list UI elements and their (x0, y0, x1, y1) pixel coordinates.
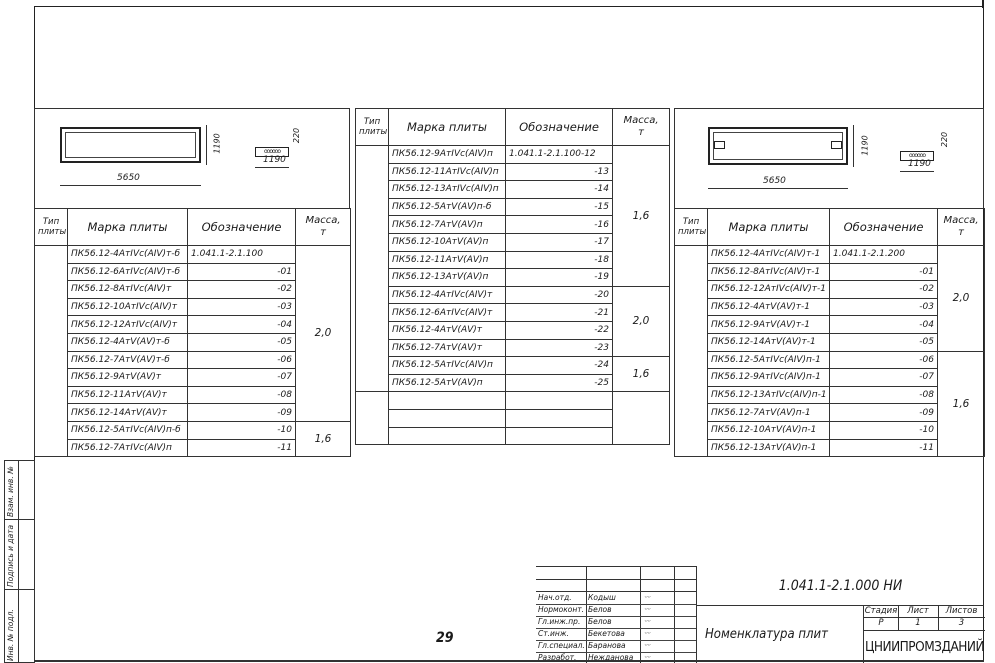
plate-mark (389, 392, 506, 410)
plate-mark (389, 409, 506, 427)
plate-designation: -11 (830, 439, 938, 457)
header-designation: Обозначение (188, 209, 296, 246)
plate-designation: -15 (506, 198, 613, 216)
plate-designation: -05 (188, 333, 296, 351)
plate-designation: -21 (506, 304, 613, 322)
plate-type-cell: Рядовая (35, 246, 68, 457)
plate-mark: ПК56.12-6АтIVс(АIV)т-б (68, 263, 188, 281)
plate-designation: 1.041.1-2.1.200 (830, 246, 938, 264)
plate-designation: -03 (830, 298, 938, 316)
sheets-label: Листов (938, 606, 985, 616)
plate-mark: ПК56.12-8АтIVс(АIV)т-1 (708, 263, 830, 281)
header-designation: Обозначение (830, 209, 938, 246)
organization: ЦНИИПРОМЗДАНИЙ (864, 630, 985, 663)
plate-designation: 1.041.1-2.1.100-12 (506, 146, 613, 164)
signature-role: Нач.отд. (538, 592, 586, 604)
stage-label: Стадия (864, 606, 898, 616)
plate-mark: ПК56.12-7АтV(АV)т (389, 339, 506, 357)
plate-mark: ПК56.12-4АтV(АV)т (389, 321, 506, 339)
plate-mass: 2,0 (613, 286, 670, 356)
signatures-grid: Нач.отд.Кодыш〰Нормоконт.Белов〰Гл.инж.пр.… (536, 566, 696, 663)
plate-type-cell-empty (356, 392, 389, 445)
plate-designation: -09 (830, 404, 938, 422)
document-code: 1.041.1-2.1.000 НИ (696, 566, 984, 606)
plate-designation: -19 (506, 269, 613, 287)
spec-table-left: Типплиты Марка плиты Обозначение Масса,т… (34, 208, 351, 457)
signature-name: Белов (588, 616, 638, 628)
header-mass: Масса,т (296, 209, 351, 246)
signature-name: Белов (588, 604, 638, 616)
plate-designation (506, 392, 613, 410)
plate-mark: ПК56.12-7АтV(АV)п (389, 216, 506, 234)
side-stamp: Инв. № подл. Подпись и дата Взам. инв. № (4, 460, 35, 663)
plate-mark: ПК56.12-12АтIVс(АIV)т (68, 316, 188, 334)
plate-mark: ПК56.12-9АтV(АV)т-1 (708, 316, 830, 334)
plate-designation: -22 (506, 321, 613, 339)
plate-mark: ПК56.12-11АтIVс(АIV)п (389, 163, 506, 181)
plate-designation: -20 (506, 286, 613, 304)
width-dimension: 1190 (213, 133, 222, 153)
table-row: ПК56.12-4АтIVс(АIV)т-202,0 (356, 286, 670, 304)
plate-designation: 1.041.1-2.1.100 (188, 246, 296, 264)
table-row: РядоваяПК56.12-9АтIVс(АIV)п1.041.1-2.1.1… (356, 146, 670, 164)
plate-designation: -17 (506, 233, 613, 251)
signature-role: Нормоконт. (538, 604, 586, 616)
plate-mass (613, 392, 670, 445)
plate-mark: ПК56.12-4АтIVс(АIV)т (389, 286, 506, 304)
page-number: 29 (436, 630, 454, 646)
plate-designation: -10 (188, 421, 296, 439)
plate-mark: ПК56.12-6АтIVс(АIV)т (389, 304, 506, 322)
plate-mark: ПК56.12-8АтIVс(АIV)т (68, 281, 188, 299)
signature-name: Кодыш (588, 592, 638, 604)
signature-mark-icon: 〰 (644, 628, 674, 640)
plate-mass: 1,6 (613, 357, 670, 392)
plate-mark: ПК56.12-14АтV(АV)т-1 (708, 333, 830, 351)
stamp-inv-number: Инв. № подл. (6, 609, 15, 661)
header-mass: Масса,т (938, 209, 985, 246)
plate-designation: -06 (830, 351, 938, 369)
plate-mark (389, 427, 506, 445)
plate-designation: -05 (830, 333, 938, 351)
plate-designation: -01 (830, 263, 938, 281)
plate-mark: ПК56.12-5АтIVс(АIV)п-б (68, 421, 188, 439)
table-row: ПК56.12-5АтIVс(АIV)п-б-101,6 (35, 421, 351, 439)
plate-designation (506, 409, 613, 427)
plate-designation: -11 (188, 439, 296, 457)
signature-mark-icon: 〰 (644, 640, 674, 652)
title-block: Нач.отд.Кодыш〰Нормоконт.Белов〰Гл.инж.пр.… (536, 566, 984, 663)
signature-role: Ст.инж. (538, 628, 586, 640)
plate-mark: ПК56.12-13АтIVс(АIV)п-1 (708, 386, 830, 404)
header-designation: Обозначение (506, 109, 613, 146)
signature-mark-icon: 〰 (644, 592, 674, 604)
plate-mark: ПК56.12-10АтV(АV)п-1 (708, 421, 830, 439)
plate-mark: ПК56.12-9АтIVс(АIV)п (389, 146, 506, 164)
signature-role: Гл.инж.пр. (538, 616, 586, 628)
header-mark: Марка плиты (708, 209, 830, 246)
plate-sketch-left: 5650 1190 oooooo 1190 220 (34, 108, 350, 208)
header-mark: Марка плиты (389, 109, 506, 146)
plate-mark: ПК56.12-13АтIVс(АIV)п (389, 181, 506, 199)
plate-mass: 2,0 (296, 246, 351, 422)
plate-mass: 1,6 (938, 351, 985, 457)
plate-designation: -04 (188, 316, 296, 334)
length-dimension: 5650 (117, 173, 140, 183)
plate-mark: ПК56.12-5АтV(АV)п-б (389, 198, 506, 216)
sheet-value: 1 (898, 618, 938, 628)
stage-grid: Стадия Лист Листов Р 1 3 ЦНИИПРОМЗДАНИЙ (863, 606, 984, 663)
plate-plan-icon (60, 127, 201, 163)
spec-table-right: Типплиты Марка плиты Обозначение Масса,т… (674, 208, 985, 457)
plate-designation: -04 (830, 316, 938, 334)
plate-designation: -09 (188, 404, 296, 422)
plate-mark: ПК56.12-5АтV(АV)п (389, 374, 506, 392)
height-dimension: 220 (292, 128, 301, 143)
width-dimension: 1190 (861, 135, 870, 155)
plate-designation: -13 (506, 163, 613, 181)
stage-value: Р (864, 618, 898, 628)
plate-mark: ПК56.12-11АтV(АV)п (389, 251, 506, 269)
panel-right: 5650 1190 oooooo 1190 220 Типплиты Марка… (674, 108, 984, 457)
document-title: Номенклатура плит (696, 606, 863, 663)
header-type: Типплиты (356, 109, 389, 146)
plate-designation: -07 (188, 369, 296, 387)
signature-name: Баранова (588, 640, 638, 652)
signature-name: Бекетова (588, 628, 638, 640)
plate-mark: ПК56.12-4АтIVс(АIV)т-б (68, 246, 188, 264)
plate-designation: -06 (188, 351, 296, 369)
height-dimension: 220 (940, 132, 949, 147)
plate-mark: ПК56.12-9АтIVс(АIV)п-1 (708, 369, 830, 387)
plate-mass: 2,0 (938, 246, 985, 352)
panel-middle: Типплиты Марка плиты Обозначение Масса,т… (355, 108, 669, 445)
header-mass: Масса,т (613, 109, 670, 146)
plate-mark: ПК56.12-4АтV(АV)т-б (68, 333, 188, 351)
stamp-signature-date: Подпись и дата (6, 525, 15, 587)
plate-mark: ПК56.12-14АтV(АV)т (68, 404, 188, 422)
plate-designation: -10 (830, 421, 938, 439)
plate-designation: -02 (830, 281, 938, 299)
plate-mark: ПК56.12-10АтIVс(АIV)т (68, 298, 188, 316)
signature-role: Гл.специал. (538, 640, 586, 652)
header-type: Типплиты (675, 209, 708, 246)
header-mark: Марка плиты (68, 209, 188, 246)
section-width-dimension: 1190 (908, 159, 931, 169)
plate-mark: ПК56.12-4АтV(АV)т-1 (708, 298, 830, 316)
plate-plan-icon (708, 127, 848, 165)
plate-mass: 1,6 (296, 421, 351, 456)
signature-mark-icon: 〰 (644, 604, 674, 616)
plate-mark: ПК56.12-7АтV(АV)п-1 (708, 404, 830, 422)
plate-type-cell: Рядовая (356, 146, 389, 392)
length-dimension: 5650 (763, 176, 786, 186)
plate-designation: -23 (506, 339, 613, 357)
table-row: РядоваяПК56.12-4АтIVс(АIV)т-б1.041.1-2.1… (35, 246, 351, 264)
table-row (356, 392, 670, 410)
plate-designation: -03 (188, 298, 296, 316)
plate-designation: -07 (830, 369, 938, 387)
frame-bottom (34, 660, 984, 662)
plate-designation: -08 (188, 386, 296, 404)
plate-mark: ПК56.12-5АтIVс(АIV)п (389, 357, 506, 375)
plate-mark: ПК56.12-13АтV(АV)п (389, 269, 506, 287)
header-type: Типплиты (35, 209, 68, 246)
plate-mark: ПК56.12-10АтV(АV)п (389, 233, 506, 251)
plate-mark: ПК56.12-11АтV(АV)т (68, 386, 188, 404)
plate-designation: -08 (830, 386, 938, 404)
plate-designation: -14 (506, 181, 613, 199)
plate-designation: -25 (506, 374, 613, 392)
plate-designation: -02 (188, 281, 296, 299)
plate-designation (506, 427, 613, 445)
frame-tick (982, 0, 984, 8)
sheet-label: Лист (898, 606, 938, 616)
panel-left: 5650 1190 oooooo 1190 220 Типплиты Марка… (34, 108, 350, 457)
plate-mark: ПК56.12-12АтIVс(АIV)т-1 (708, 281, 830, 299)
sheets-value: 3 (938, 618, 985, 628)
plate-designation: -18 (506, 251, 613, 269)
plate-mark: ПК56.12-7АтIVс(АIV)п (68, 439, 188, 457)
plate-mark: ПК56.12-5АтIVс(АIV)п-1 (708, 351, 830, 369)
plate-mark: ПК56.12-9АтV(АV)т (68, 369, 188, 387)
plate-designation: -24 (506, 357, 613, 375)
plate-type-cell: Пристенная (675, 246, 708, 457)
plate-designation: -01 (188, 263, 296, 281)
plate-mark: ПК56.12-4АтIVс(АIV)т-1 (708, 246, 830, 264)
plate-mark: ПК56.12-7АтV(АV)т-б (68, 351, 188, 369)
table-row: ПК56.12-5АтIVс(АIV)п-241,6 (356, 357, 670, 375)
plate-mass: 1,6 (613, 146, 670, 287)
plate-mark: ПК56.12-13АтV(АV)п-1 (708, 439, 830, 457)
signature-mark-icon: 〰 (644, 616, 674, 628)
plate-sketch-right: 5650 1190 oooooo 1190 220 (674, 108, 984, 208)
spec-table-middle: Типплиты Марка плиты Обозначение Масса,т… (355, 108, 670, 445)
table-row: ПристеннаяПК56.12-4АтIVс(АIV)т-11.041.1-… (675, 246, 985, 264)
stamp-replaced-inv: Взам. инв. № (6, 466, 15, 517)
plate-designation: -16 (506, 216, 613, 234)
section-width-dimension: 1190 (263, 155, 286, 165)
table-row: ПК56.12-5АтIVс(АIV)п-1-061,6 (675, 351, 985, 369)
